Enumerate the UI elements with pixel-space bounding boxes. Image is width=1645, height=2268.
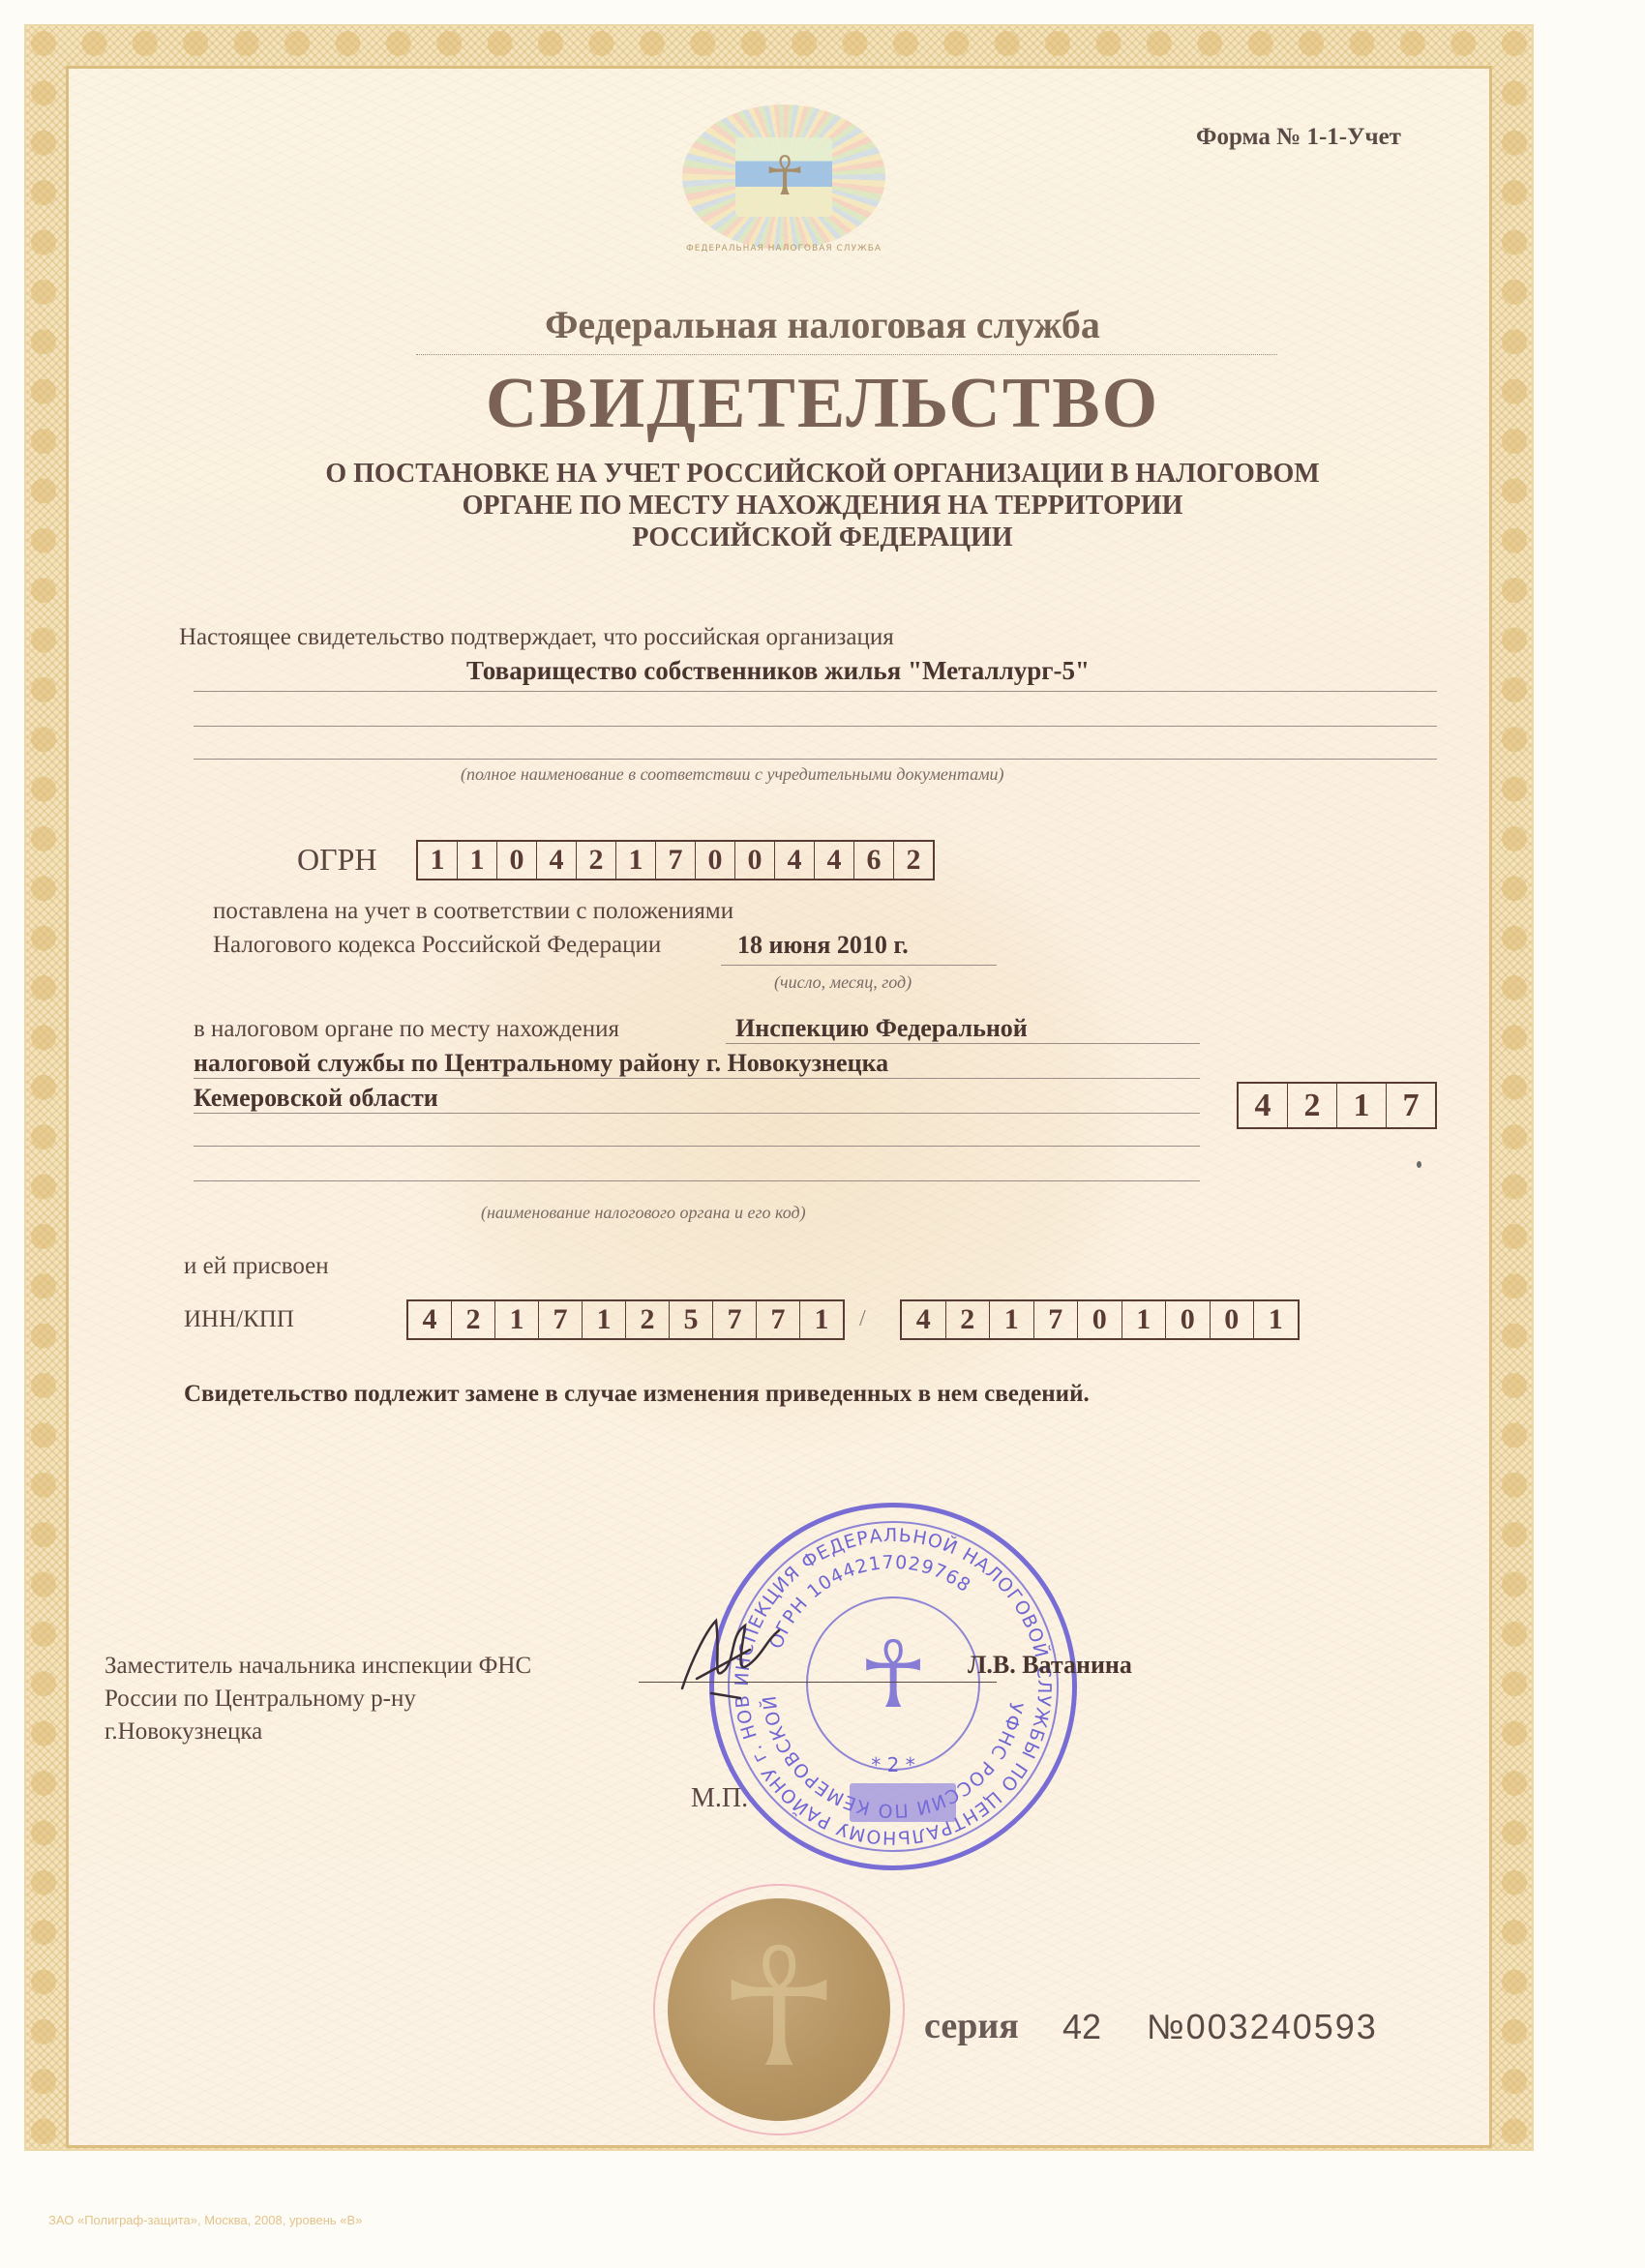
double-headed-eagle-icon: ☥ (668, 1898, 890, 2121)
double-headed-eagle-icon: ☥ (845, 1618, 942, 1734)
inn-kpp-label: ИНН/КПП (184, 1306, 294, 1333)
kpp-digit-boxes: 421701001 (900, 1299, 1300, 1340)
organization-note: (полное наименование в соответствии с уч… (461, 764, 1004, 785)
series-value: 42 (1062, 2007, 1101, 2047)
registration-line-2: Налогового кодекса Российской Федерации (213, 932, 661, 959)
stamp-ink-smudge (850, 1783, 956, 1822)
digit-cell: 0 (1077, 1301, 1122, 1338)
digit-cell: 7 (1386, 1084, 1435, 1127)
digit-cell: 4 (814, 842, 853, 879)
tax-authority-intro: в налоговом органе по месту нахождения (194, 1016, 619, 1043)
field-line (194, 691, 1437, 692)
hologram-text: ФЕДЕРАЛЬНАЯ НАЛОГОВАЯ СЛУЖБА (682, 244, 885, 254)
field-line (721, 965, 997, 966)
field-line (194, 1146, 1200, 1147)
digit-cell: 1 (1253, 1301, 1298, 1338)
tax-authority-name-line: Инспекцию Федеральной (735, 1014, 1028, 1043)
digit-cell: 0 (1210, 1301, 1254, 1338)
digit-cell: 1 (1122, 1301, 1166, 1338)
tax-authority-note: (наименование налогового органа и его ко… (481, 1203, 806, 1223)
stamp-center-mark: * 2 * (835, 1753, 951, 1776)
inn-kpp-separator: / (859, 1306, 866, 1332)
tax-authority-code-boxes: 4217 (1237, 1082, 1437, 1129)
digit-cell: 5 (669, 1301, 712, 1338)
tax-authority-name-line: налоговой службы по Центральному району … (194, 1049, 888, 1078)
subtitle-line: О ПОСТАНОВКЕ НА УЧЕТ РОССИЙСКОЙ ОРГАНИЗА… (0, 458, 1645, 490)
signatory-name: Л.В. Ватанина (968, 1651, 1132, 1680)
field-line (194, 1113, 1200, 1114)
registration-date-note: (число, месяц, год) (774, 972, 912, 993)
digit-cell: 6 (853, 842, 893, 879)
service-underline (416, 354, 1277, 355)
digit-cell: 7 (712, 1301, 756, 1338)
paper-speck (1417, 1161, 1421, 1168)
double-headed-eagle-icon: ☥ (758, 143, 812, 211)
digit-cell: 0 (734, 842, 774, 879)
digit-cell: 4 (408, 1301, 451, 1338)
digit-cell: 1 (582, 1301, 625, 1338)
signatory-role-line: г.Новокузнецка (105, 1716, 531, 1748)
digit-cell: 1 (615, 842, 655, 879)
signatory-role-line: России по Центральному р-ну (105, 1683, 531, 1716)
digit-cell: 1 (494, 1301, 538, 1338)
certificate-title: СВИДЕТЕЛЬСТВО (0, 363, 1645, 445)
signatory-role: Заместитель начальника инспекции ФНС Рос… (105, 1650, 531, 1748)
organization-intro: Настоящее свидетельство подтверждает, чт… (179, 624, 894, 651)
field-line (194, 1180, 1200, 1181)
assignment-intro: и ей присвоен (184, 1253, 329, 1280)
printer-imprint: ЗАО «Полиграф-защита», Москва, 2008, уро… (48, 2213, 362, 2227)
service-name: Федеральная налоговая служба (0, 302, 1645, 347)
digit-cell: 0 (695, 842, 734, 879)
subtitle-line: ОРГАНЕ ПО МЕСТУ НАХОЖДЕНИЯ НА ТЕРРИТОРИИ (0, 490, 1645, 522)
digit-cell: 1 (989, 1301, 1033, 1338)
registration-date: 18 июня 2010 г. (737, 931, 909, 960)
digit-cell: 1 (418, 842, 457, 879)
field-line (194, 726, 1437, 727)
subtitle-line: РОССИЙСКОЙ ФЕДЕРАЦИИ (0, 522, 1645, 553)
digit-cell: 4 (1239, 1084, 1287, 1127)
certificate-number: №003240593 (1147, 2007, 1378, 2047)
seal-place-label: М.П. (691, 1783, 748, 1814)
series-label: серия (924, 2005, 1019, 2047)
digit-cell: 4 (536, 842, 576, 879)
field-line (726, 1043, 1200, 1044)
digit-cell: 1 (1336, 1084, 1386, 1127)
certificate-subtitle: О ПОСТАНОВКЕ НА УЧЕТ РОССИЙСКОЙ ОРГАНИЗА… (0, 458, 1645, 553)
digit-cell: 7 (538, 1301, 582, 1338)
digit-cell: 1 (457, 842, 496, 879)
digit-cell: 2 (451, 1301, 494, 1338)
digit-cell: 7 (1033, 1301, 1078, 1338)
digit-cell: 4 (774, 842, 814, 879)
digit-cell: 7 (655, 842, 695, 879)
digit-cell: 2 (625, 1301, 669, 1338)
eagle-watermark (416, 793, 1151, 1451)
digit-cell: 2 (576, 842, 615, 879)
field-line (194, 759, 1437, 760)
signatory-role-line: Заместитель начальника инспекции ФНС (105, 1650, 531, 1683)
ogrn-label: ОГРН (297, 842, 377, 878)
digit-cell: 2 (1287, 1084, 1336, 1127)
digit-cell: 7 (756, 1301, 799, 1338)
field-line (194, 1078, 1200, 1079)
inn-digit-boxes: 4217125771 (406, 1299, 845, 1340)
digit-cell: 0 (1165, 1301, 1210, 1338)
replacement-notice: Свидетельство подлежит замене в случае и… (184, 1381, 1090, 1408)
tax-authority-name-line: Кемеровской области (194, 1084, 438, 1113)
digit-cell: 4 (902, 1301, 945, 1338)
digit-cell: 0 (496, 842, 536, 879)
form-number: Форма № 1-1-Учет (1196, 124, 1401, 151)
digit-cell: 1 (799, 1301, 843, 1338)
handwritten-signature (673, 1601, 789, 1708)
registration-line-1: поставлена на учет в соответствии с поло… (213, 898, 733, 925)
organization-name: Товарищество собственников жилья "Металл… (466, 656, 1090, 686)
digit-cell: 2 (893, 842, 933, 879)
digit-cell: 2 (945, 1301, 990, 1338)
ogrn-digit-boxes: 1104217004462 (416, 840, 935, 880)
